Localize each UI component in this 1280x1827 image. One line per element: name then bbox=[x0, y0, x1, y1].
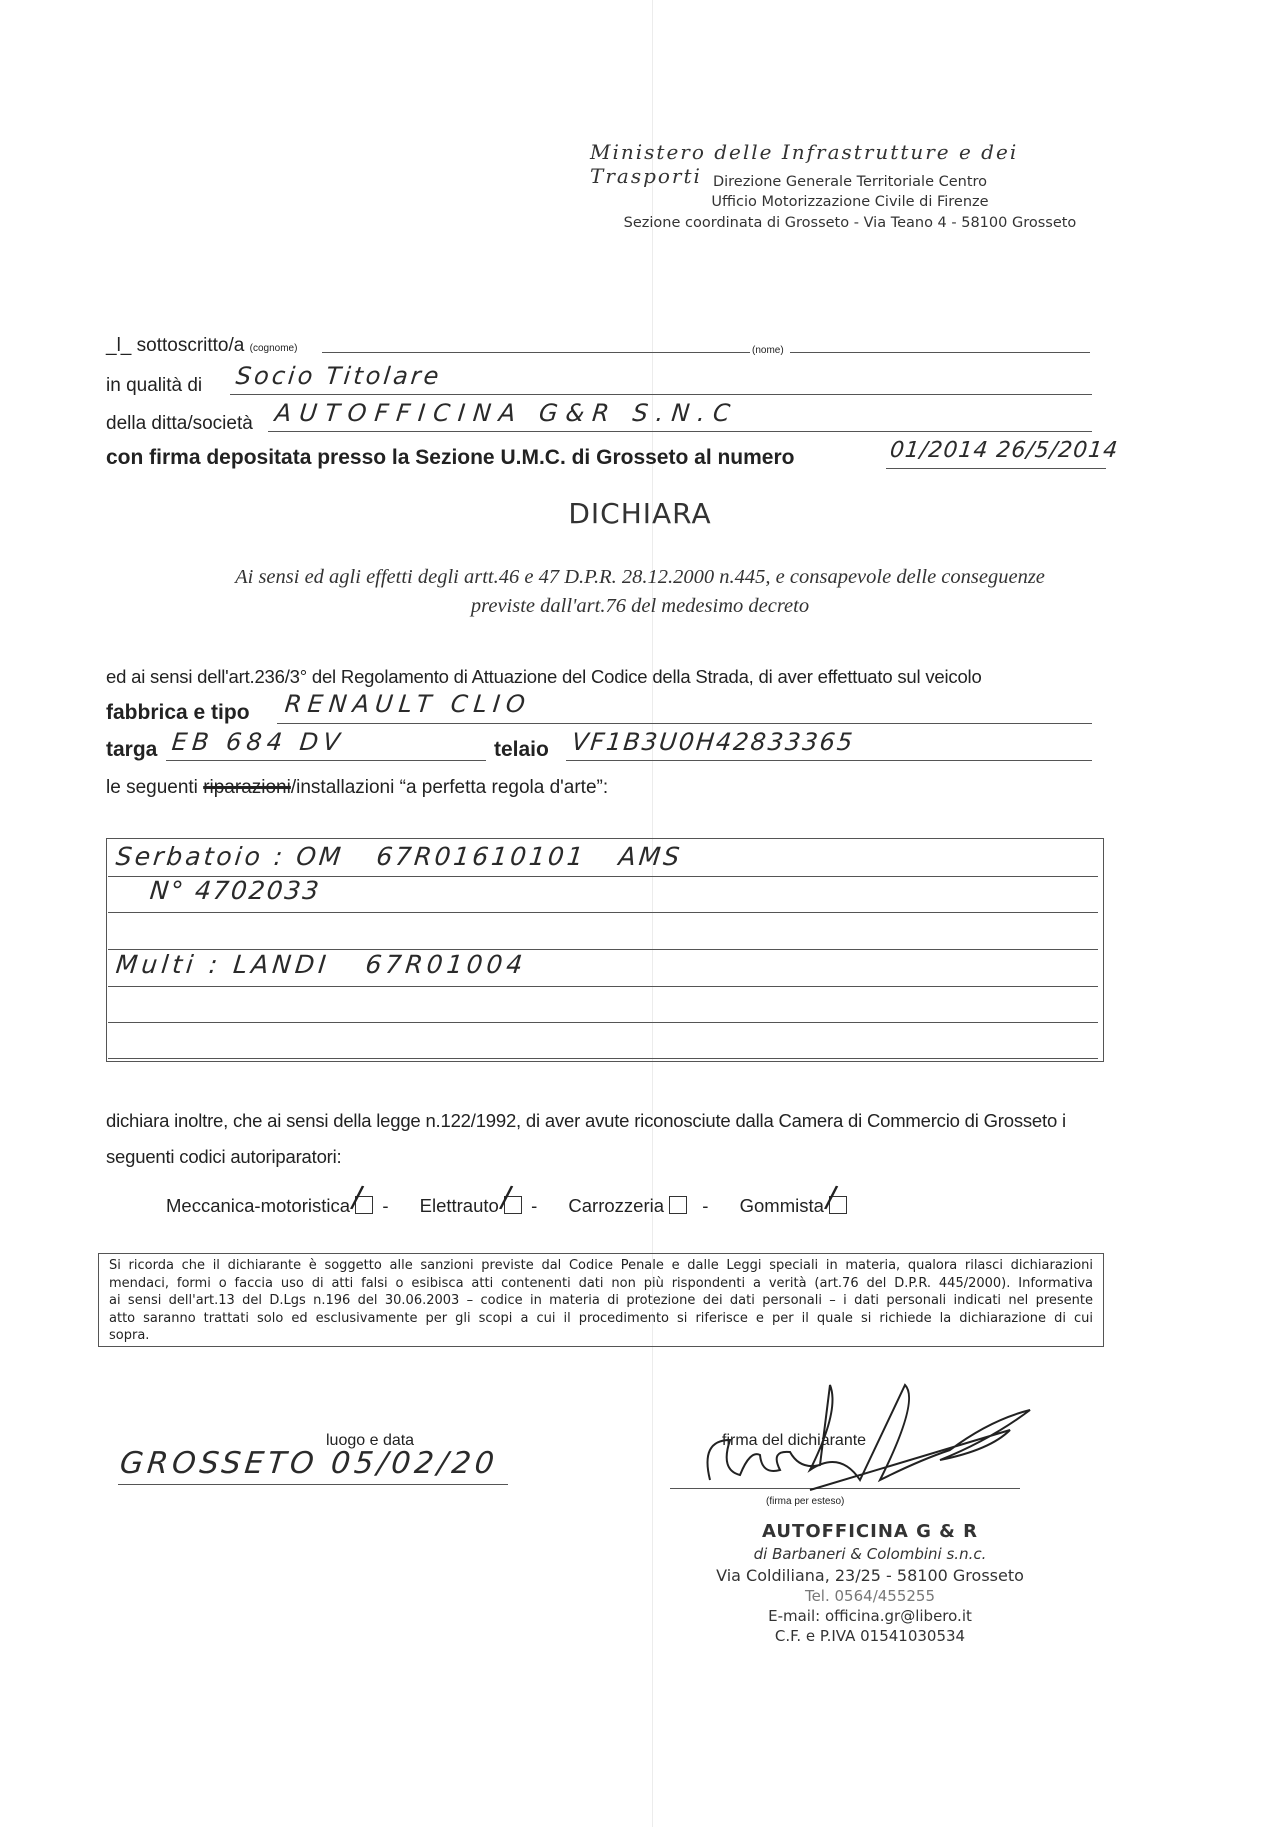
stamp-email: E-mail: officina.gr@libero.it bbox=[660, 1607, 1080, 1625]
header-line-2: Ufficio Motorizzazione Civile di Firenze bbox=[580, 194, 1120, 210]
cognome-hint: (cognome) bbox=[250, 343, 298, 354]
signature-scribble bbox=[690, 1380, 1050, 1500]
stamp-name: AUTOFFICINA G & R bbox=[660, 1521, 1080, 1542]
stamp-tel: Tel. 0564/455255 bbox=[660, 1587, 1080, 1605]
installazioni-intro: le seguenti riparazioni/installazioni “a… bbox=[106, 777, 608, 799]
firma-depositata-label: con firma depositata presso la Sezione U… bbox=[106, 446, 795, 470]
check-mark-icon: / bbox=[498, 1182, 513, 1213]
header-line-1: Direzione Generale Territoriale Centro bbox=[580, 174, 1120, 190]
check-mark-icon: / bbox=[824, 1182, 839, 1213]
option-gommista[interactable]: Gommista / bbox=[740, 1195, 847, 1216]
preamble-line-1: Ai sensi ed agli effetti degli artt.46 e… bbox=[80, 563, 1200, 592]
targa-label: targa bbox=[106, 738, 157, 762]
dichiara-title: DICHIARA bbox=[0, 497, 1280, 530]
luogo-value: GROSSETO 05/02/20 bbox=[118, 1446, 500, 1481]
struck-word: riparazioni bbox=[203, 777, 291, 798]
ditta-field[interactable] bbox=[268, 431, 1092, 432]
telaio-value: VF1B3U0H42833365 bbox=[571, 728, 856, 756]
nome-field[interactable] bbox=[790, 352, 1090, 353]
qualita-value: Socio Titolare bbox=[235, 362, 443, 390]
sottoscritto-label: _l_ sottoscritto/a (cognome) bbox=[106, 335, 297, 357]
ditta-value: AUTOFFICINA G&R S.N.C bbox=[274, 399, 740, 427]
option-elettrauto-label: Elettrauto bbox=[420, 1195, 499, 1216]
codici-options: Meccanica-motoristica / - Elettrauto / -… bbox=[166, 1195, 847, 1217]
legal-notice: Si ricorda che il dichiarante è soggetto… bbox=[98, 1253, 1104, 1347]
option-carrozzeria[interactable]: Carrozzeria bbox=[568, 1195, 692, 1216]
telaio-field[interactable] bbox=[566, 760, 1092, 761]
stamp-address: Via Coldiliana, 23/25 - 58100 Grosseto bbox=[660, 1566, 1080, 1585]
targa-field[interactable] bbox=[166, 760, 486, 761]
art236-text: ed ai sensi dell'art.236/3° del Regolame… bbox=[106, 666, 982, 688]
installazioni-rule bbox=[108, 912, 1098, 913]
stamp-piva: C.F. e P.IVA 01541030534 bbox=[660, 1627, 1080, 1645]
codici-text: dichiara inoltre, che ai sensi della leg… bbox=[106, 1103, 1101, 1175]
gommista-checkbox[interactable]: / bbox=[829, 1196, 847, 1214]
installazione-line-1[interactable]: Serbatoio : OM 67R01610101 AMS bbox=[114, 842, 683, 871]
carrozzeria-checkbox[interactable] bbox=[669, 1196, 687, 1214]
ditta-label: della ditta/società bbox=[106, 413, 253, 435]
check-mark-icon: / bbox=[350, 1182, 365, 1213]
fabbrica-value: RENAULT CLIO bbox=[284, 690, 533, 718]
luogo-field[interactable] bbox=[118, 1484, 508, 1485]
stamp-owners: di Barbaneri & Colombini s.n.c. bbox=[660, 1545, 1080, 1563]
intro-prefix: le seguenti bbox=[106, 777, 203, 798]
option-meccanica[interactable]: Meccanica-motoristica / bbox=[166, 1195, 378, 1216]
fabbrica-label: fabbrica e tipo bbox=[106, 701, 250, 725]
option-carrozzeria-label: Carrozzeria bbox=[568, 1195, 664, 1216]
firma-numero-value: 01/2014 26/5/2014 bbox=[889, 438, 1120, 463]
cognome-field[interactable] bbox=[322, 352, 750, 353]
qualita-label: in qualità di bbox=[106, 375, 202, 397]
fabbrica-field[interactable] bbox=[277, 723, 1092, 724]
installazioni-rule bbox=[108, 1022, 1098, 1023]
header-line-3: Sezione coordinata di Grosseto - Via Tea… bbox=[580, 215, 1120, 231]
sottoscritto-text: _l_ sottoscritto/a bbox=[106, 335, 244, 356]
dichiara-preamble: Ai sensi ed agli effetti degli artt.46 e… bbox=[80, 563, 1200, 621]
installazioni-rule bbox=[108, 1058, 1098, 1059]
option-gommista-label: Gommista bbox=[740, 1195, 824, 1216]
installazioni-rule bbox=[108, 986, 1098, 987]
qualita-field[interactable] bbox=[230, 394, 1092, 395]
preamble-line-2: previste dall'art.76 del medesimo decret… bbox=[80, 592, 1200, 621]
option-elettrauto[interactable]: Elettrauto / bbox=[420, 1195, 527, 1216]
telaio-label: telaio bbox=[494, 738, 549, 762]
elettrauto-checkbox[interactable]: / bbox=[504, 1196, 522, 1214]
targa-value: EB 684 DV bbox=[171, 728, 347, 756]
meccanica-checkbox[interactable]: / bbox=[355, 1196, 373, 1214]
installazione-line-2[interactable]: N° 4702033 bbox=[148, 876, 322, 905]
installazione-line-4[interactable]: Multi : LANDI 67R01004 bbox=[114, 950, 527, 979]
option-meccanica-label: Meccanica-motoristica bbox=[166, 1195, 350, 1216]
intro-suffix: /installazioni “a perfetta regola d'arte… bbox=[291, 777, 608, 798]
firma-numero-field[interactable] bbox=[886, 468, 1106, 469]
nome-hint: (nome) bbox=[752, 345, 784, 356]
firma-hint: (firma per esteso) bbox=[766, 1496, 844, 1507]
